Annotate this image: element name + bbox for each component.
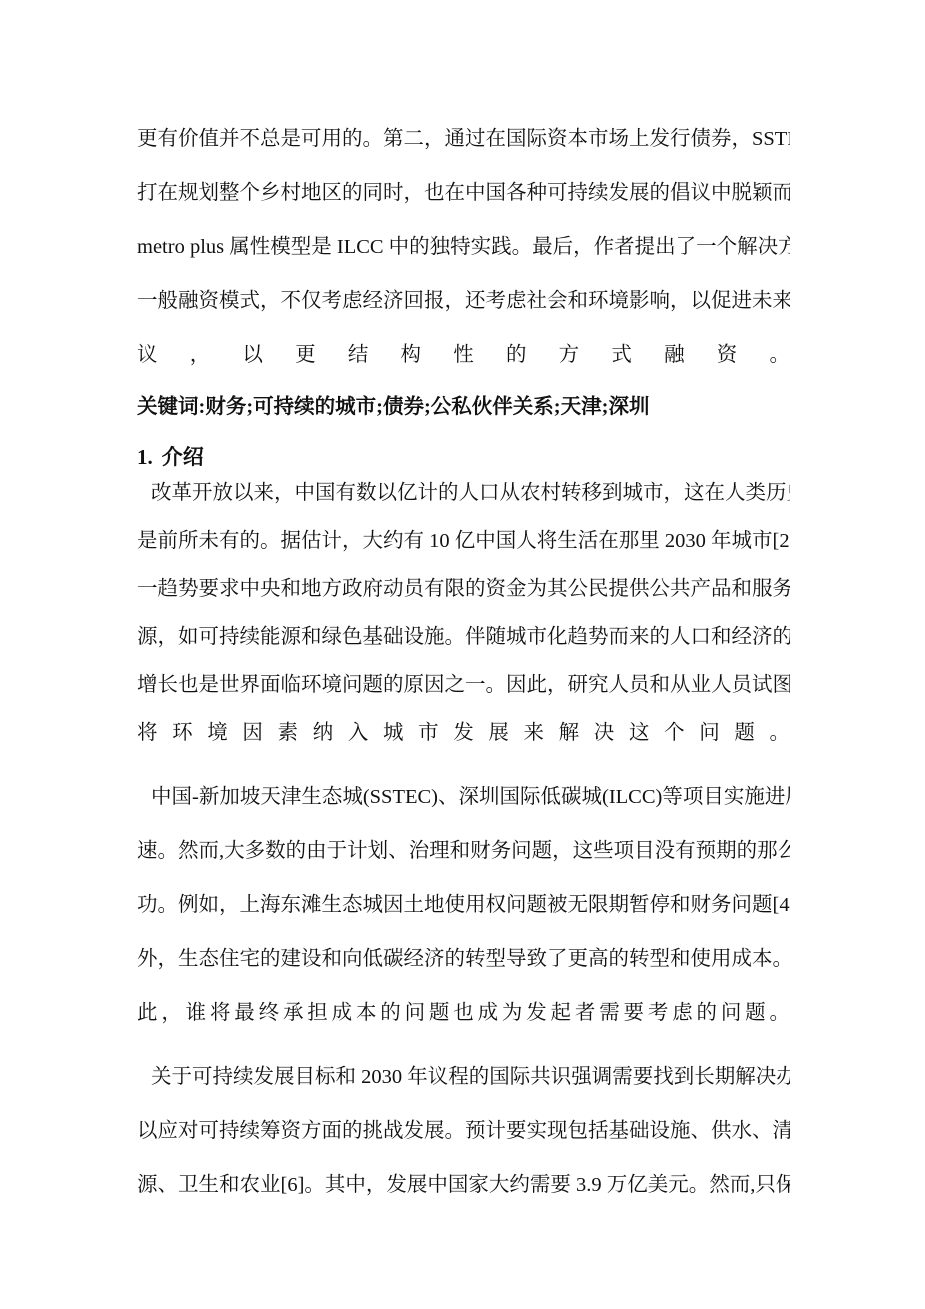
text-line: 功。例如，上海东滩生态城因土地使用权问题被无限期暂停和财务问题[4]。此: [137, 878, 790, 932]
text-line: 议，以更结构性的方式融资。: [137, 328, 790, 382]
text-line: 改革开放以来，中国有数以亿计的人口从农村转移到城市，这在人类历史上: [137, 469, 790, 517]
text-line: 中国-新加坡天津生态城(SSTEC)、深圳国际低碳城(ILCC)等项目实施进展迅: [137, 770, 790, 824]
document-page: { "page": { "background_color": "#ffffff…: [0, 0, 925, 1309]
text-line: 源，如可持续能源和绿色基础设施。伴随城市化趋势而来的人口和经济的快速: [137, 613, 790, 661]
text-line: 一般融资模式，不仅考虑经济回报，还考虑社会和环境影响，以促进未来的倡: [137, 274, 790, 328]
text-line: 一趋势要求中央和地方政府动员有限的资金为其公民提供公共产品和服务的资: [137, 565, 790, 613]
keywords-line: 关键词:财务;可持续的城市;债券;公私伙伴关系;天津;深圳: [137, 380, 790, 434]
section-title: 介绍: [162, 445, 204, 469]
paragraph-3: 关于可持续发展目标和 2030 年议程的国际共识强调需要找到长期解决办法， 以应…: [137, 1050, 790, 1212]
text-line: 增长也是世界面临环境问题的原因之一。因此，研究人员和从业人员试图通过: [137, 661, 790, 709]
text-line: 是前所未有的。据估计，大约有 10 亿中国人将生活在那里 2030 年城市[2]…: [137, 517, 790, 565]
text-line: 速。然而,大多数的由于计划、治理和财务问题，这些项目没有预期的那么成: [137, 824, 790, 878]
text-line: 外，生态住宅的建设和向低碳经济的转型导致了更高的转型和使用成本。因: [137, 932, 790, 986]
paragraph-1: 改革开放以来，中国有数以亿计的人口从农村转移到城市，这在人类历史上 是前所未有的…: [137, 469, 790, 757]
text-line: 关于可持续发展目标和 2030 年议程的国际共识强调需要找到长期解决办法，: [137, 1050, 790, 1104]
text-line: 以应对可持续筹资方面的挑战发展。预计要实现包括基础设施、供水、清洁能: [137, 1104, 790, 1158]
text-line: 此，谁将最终承担成本的问题也成为发起者需要考虑的问题。: [137, 986, 790, 1040]
paragraph-2: 中国-新加坡天津生态城(SSTEC)、深圳国际低碳城(ILCC)等项目实施进展迅…: [137, 770, 790, 1040]
paragraph-continuation: 更有价值并不总是可用的。第二，通过在国际资本市场上发行债券，SSTEC 单 打在…: [137, 112, 790, 382]
text-line: 将环境因素纳入城市发展来解决这个问题。: [137, 709, 790, 757]
text-line: 更有价值并不总是可用的。第二，通过在国际资本市场上发行债券，SSTEC 单: [137, 112, 790, 166]
text-line: 打在规划整个乡村地区的同时，也在中国各种可持续发展的倡议中脱颖而出: [137, 166, 790, 220]
text-line: metro plus 属性模型是 ILCC 中的独特实践。最后，作者提出了一个解…: [137, 220, 790, 274]
text-line: 源、卫生和农业[6]。其中，发展中国家大约需要 3.9 万亿美元。然而,只保留: [137, 1158, 790, 1212]
